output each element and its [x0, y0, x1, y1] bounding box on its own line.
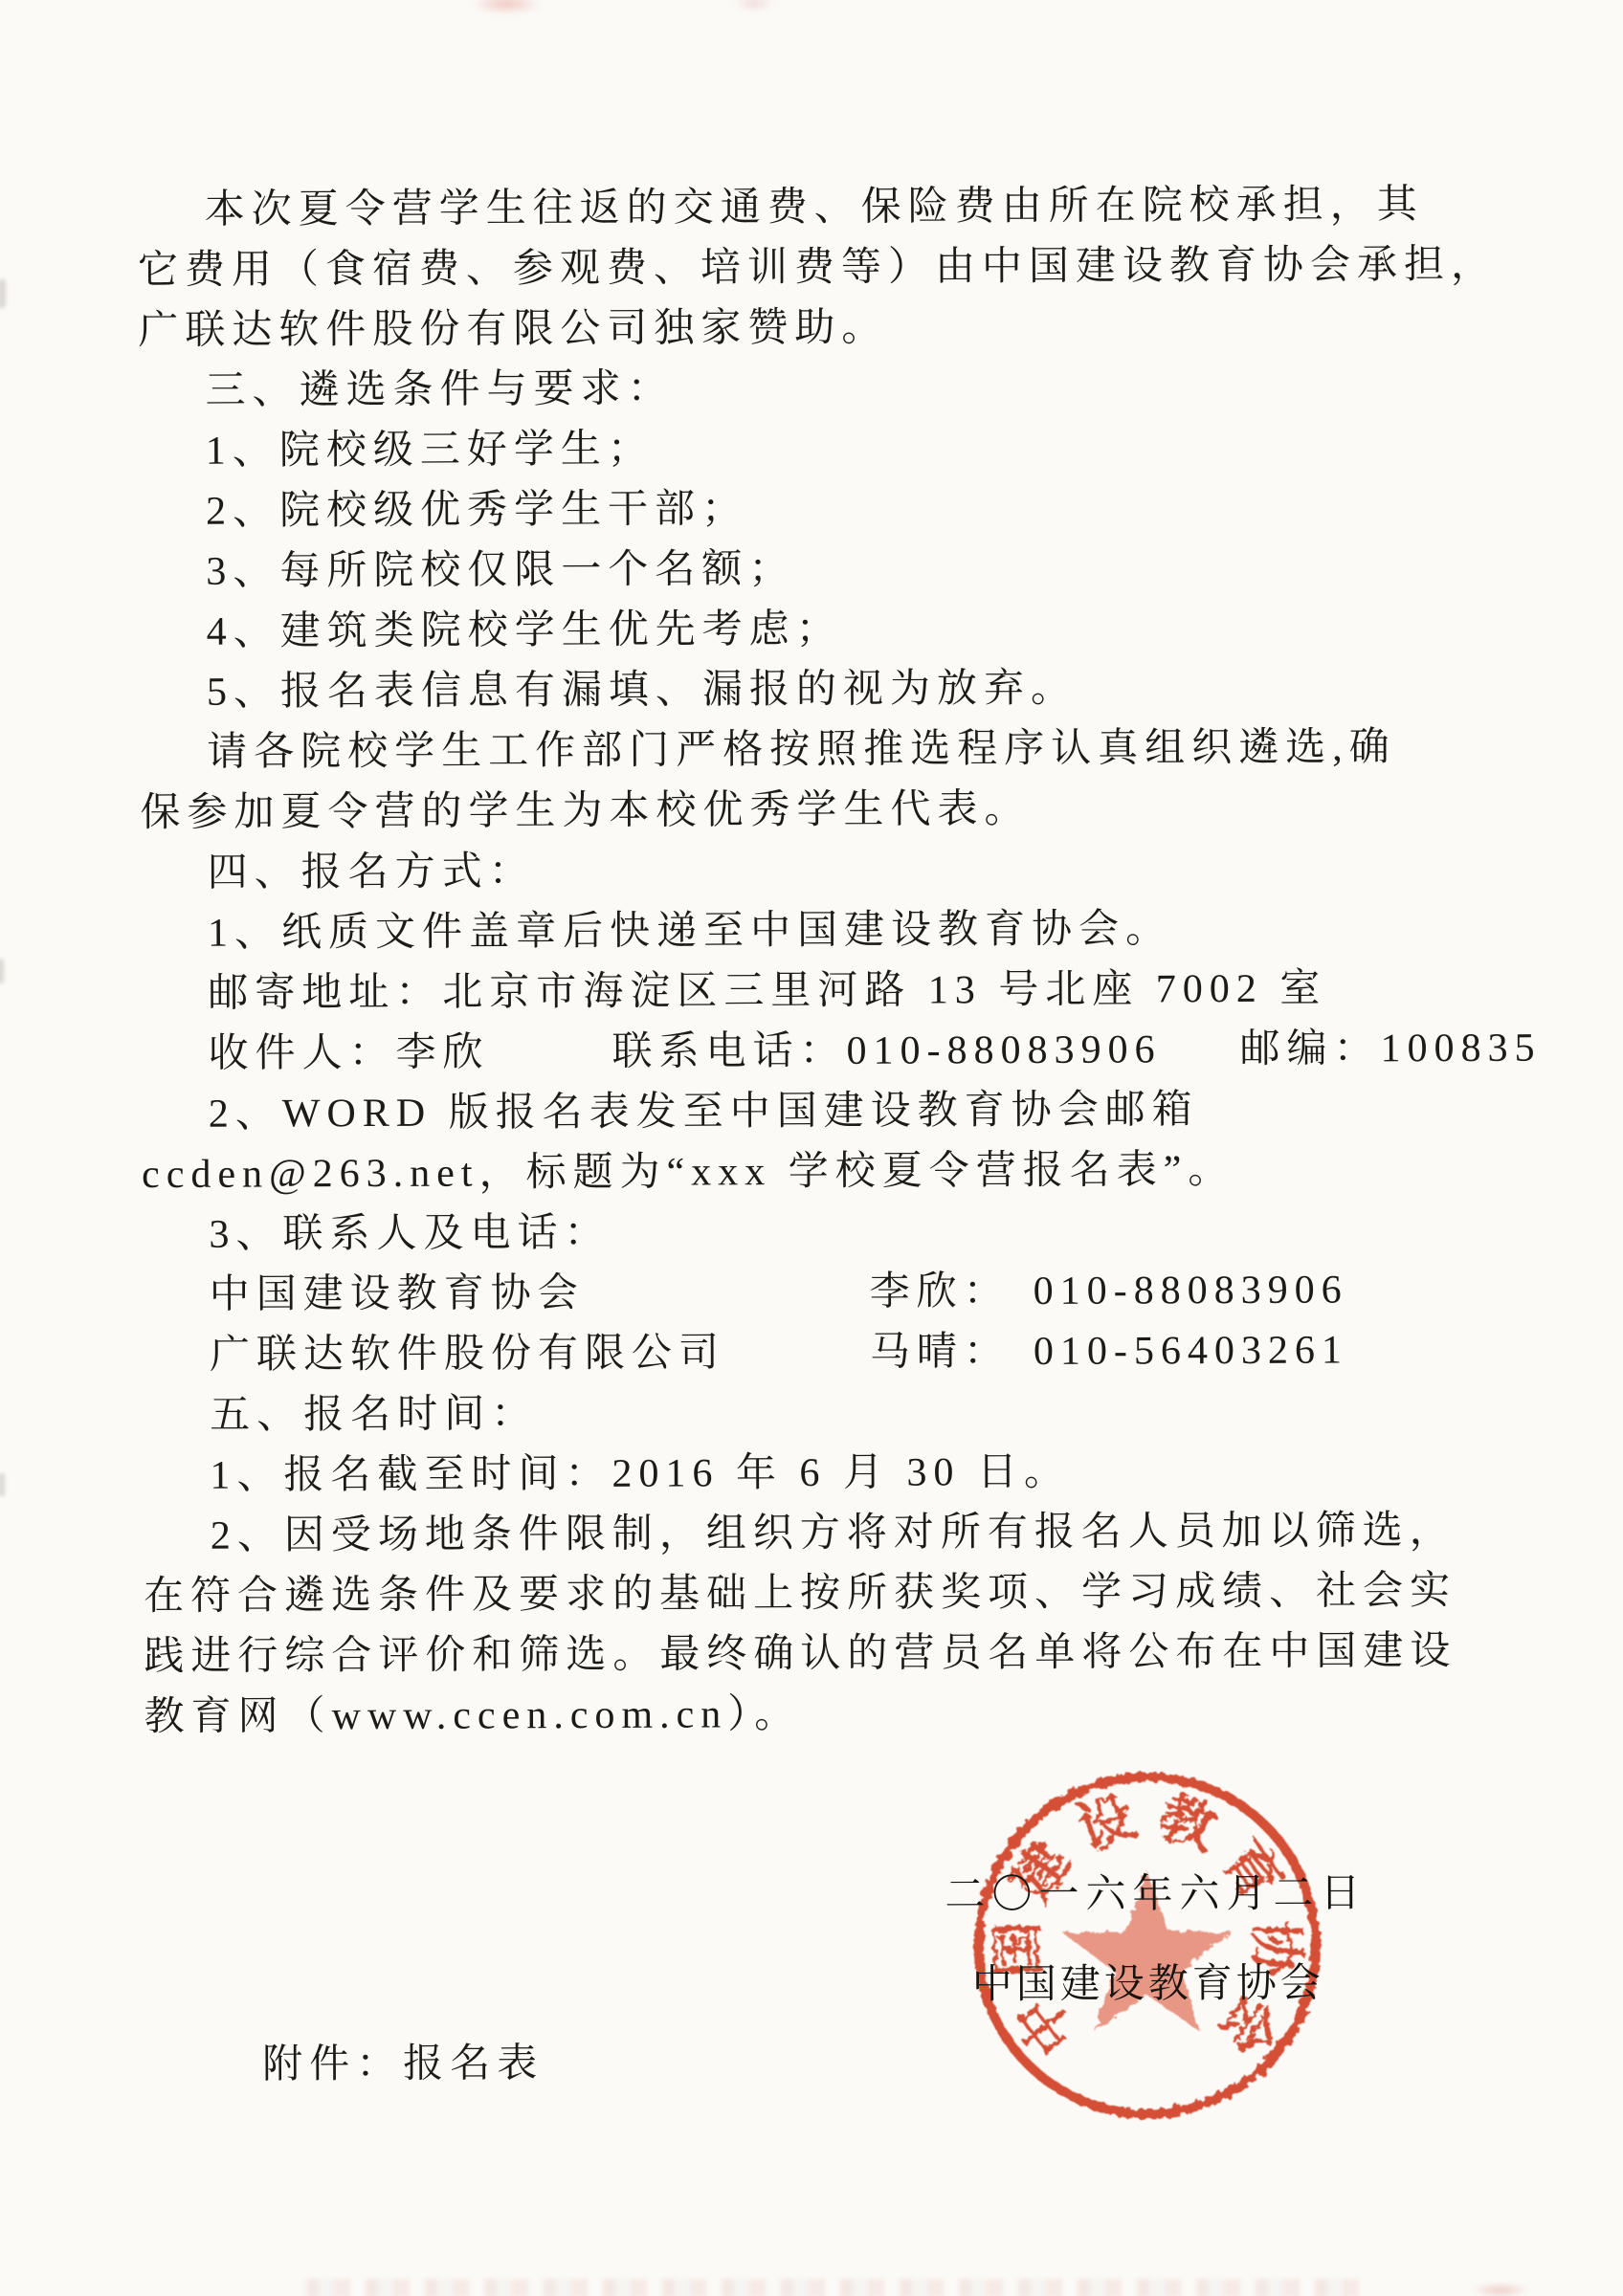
website-line: 教育网（www.ccen.com.cn）。: [144, 1682, 1502, 1748]
paragraph-line: 本次夏令营学生往返的交通费、保险费由所在院校承担，其: [138, 175, 1497, 241]
list-item: 3、联系人及电话：: [142, 1200, 1501, 1266]
list-item: 1、报名截至时间：2016 年 6 月 30 日。: [143, 1441, 1501, 1507]
list-item: 2、WORD 版报名表发至中国建设教育协会邮箱: [142, 1079, 1501, 1145]
contact-person: 李欣：: [870, 1262, 1011, 1323]
scan-edge-artifact: [0, 959, 4, 983]
list-item: 3、每所院校仅限一个名额；: [139, 537, 1498, 603]
document-body: 本次夏令营学生往返的交通费、保险费由所在院校承担，其 它费用（食宿费、参观费、培…: [138, 175, 1503, 1748]
paragraph-line: 它费用（食宿费、参观费、培训费等）由中国建设教育协会承担，: [138, 235, 1497, 301]
official-seal: 中 国 建 设 教 育 协 会: [960, 1758, 1335, 2133]
seal-char: 设: [1070, 1785, 1143, 1862]
contact-row: 广联达软件股份有限公司 马晴： 010-56403261: [143, 1320, 1501, 1386]
email-line: ccden@263.net，标题为“xxx 学校夏令营报名表”。: [142, 1139, 1501, 1205]
signature-org: 中国建设教育协会: [972, 1952, 1324, 2011]
list-item: 2、因受场地条件限制，组织方将对所有报名人员加以筛选，: [144, 1501, 1502, 1567]
paragraph-line: 保参加夏令营的学生为本校优秀学生代表。: [140, 778, 1499, 844]
paragraph-line: 广联达软件股份有限公司独家赞助。: [138, 296, 1497, 362]
recipient-line: 收件人：李欣 联系电话：010-88083906 邮编：100835: [141, 1019, 1500, 1085]
ink-bleed-artifact: [1472, 2283, 1529, 2296]
section-heading: 五、报名时间：: [143, 1380, 1501, 1446]
recipient-name: 收件人：李欣: [208, 1023, 489, 1084]
contact-org: 广联达软件股份有限公司: [210, 1323, 870, 1386]
scan-edge-artifact: [0, 279, 6, 308]
signature-date: 二〇一六年六月二日: [945, 1861, 1367, 1920]
attachment-note: 附件：报名表: [262, 2031, 544, 2089]
scanned-page: 本次夏令营学生往返的交通费、保险费由所在院校承担，其 它费用（食宿费、参观费、培…: [0, 0, 1623, 2296]
list-item: 1、院校级三好学生；: [139, 416, 1498, 482]
contact-org: 中国建设教育协会: [210, 1263, 870, 1326]
contact-phone: 010-56403261: [1034, 1321, 1348, 1382]
mailing-address-line: 邮寄地址：北京市海淀区三里河路 13 号北座 7002 室: [141, 959, 1500, 1025]
paragraph-line: 请各院校学生工作部门严格按照推选程序认真组织遴选,确: [140, 717, 1499, 784]
paragraph-line: 践进行综合评价和筛选。最终确认的营员名单将公布在中国建设: [144, 1622, 1502, 1688]
section-heading: 三、遴选条件与要求：: [138, 356, 1497, 422]
list-item: 1、纸质文件盖章后快递至中国建设教育协会。: [141, 898, 1500, 964]
paragraph-line: 在符合遴选条件及要求的基础上按所获奖项、学习成绩、社会实: [144, 1561, 1502, 1627]
contact-row: 中国建设教育协会 李欣： 010-88083906: [143, 1260, 1501, 1326]
section-heading: 四、报名方式：: [141, 838, 1500, 904]
recipient-zip: 邮编：100835: [1239, 1019, 1541, 1080]
seal-char: 教: [1151, 1785, 1224, 1862]
recipient-phone: 联系电话：010-88083906: [611, 1020, 1161, 1083]
list-item: 2、院校级优秀学生干部；: [139, 476, 1498, 542]
contact-phone: 010-88083906: [1034, 1261, 1348, 1322]
contact-person: 马晴：: [870, 1322, 1011, 1383]
list-item: 4、建筑类院校学生优先考虑；: [140, 597, 1499, 663]
ink-bleed-artifact: [306, 2279, 1368, 2296]
scan-edge-artifact: [0, 1473, 5, 1496]
list-item: 5、报名表信息有漏填、漏报的视为放弃。: [140, 657, 1499, 723]
